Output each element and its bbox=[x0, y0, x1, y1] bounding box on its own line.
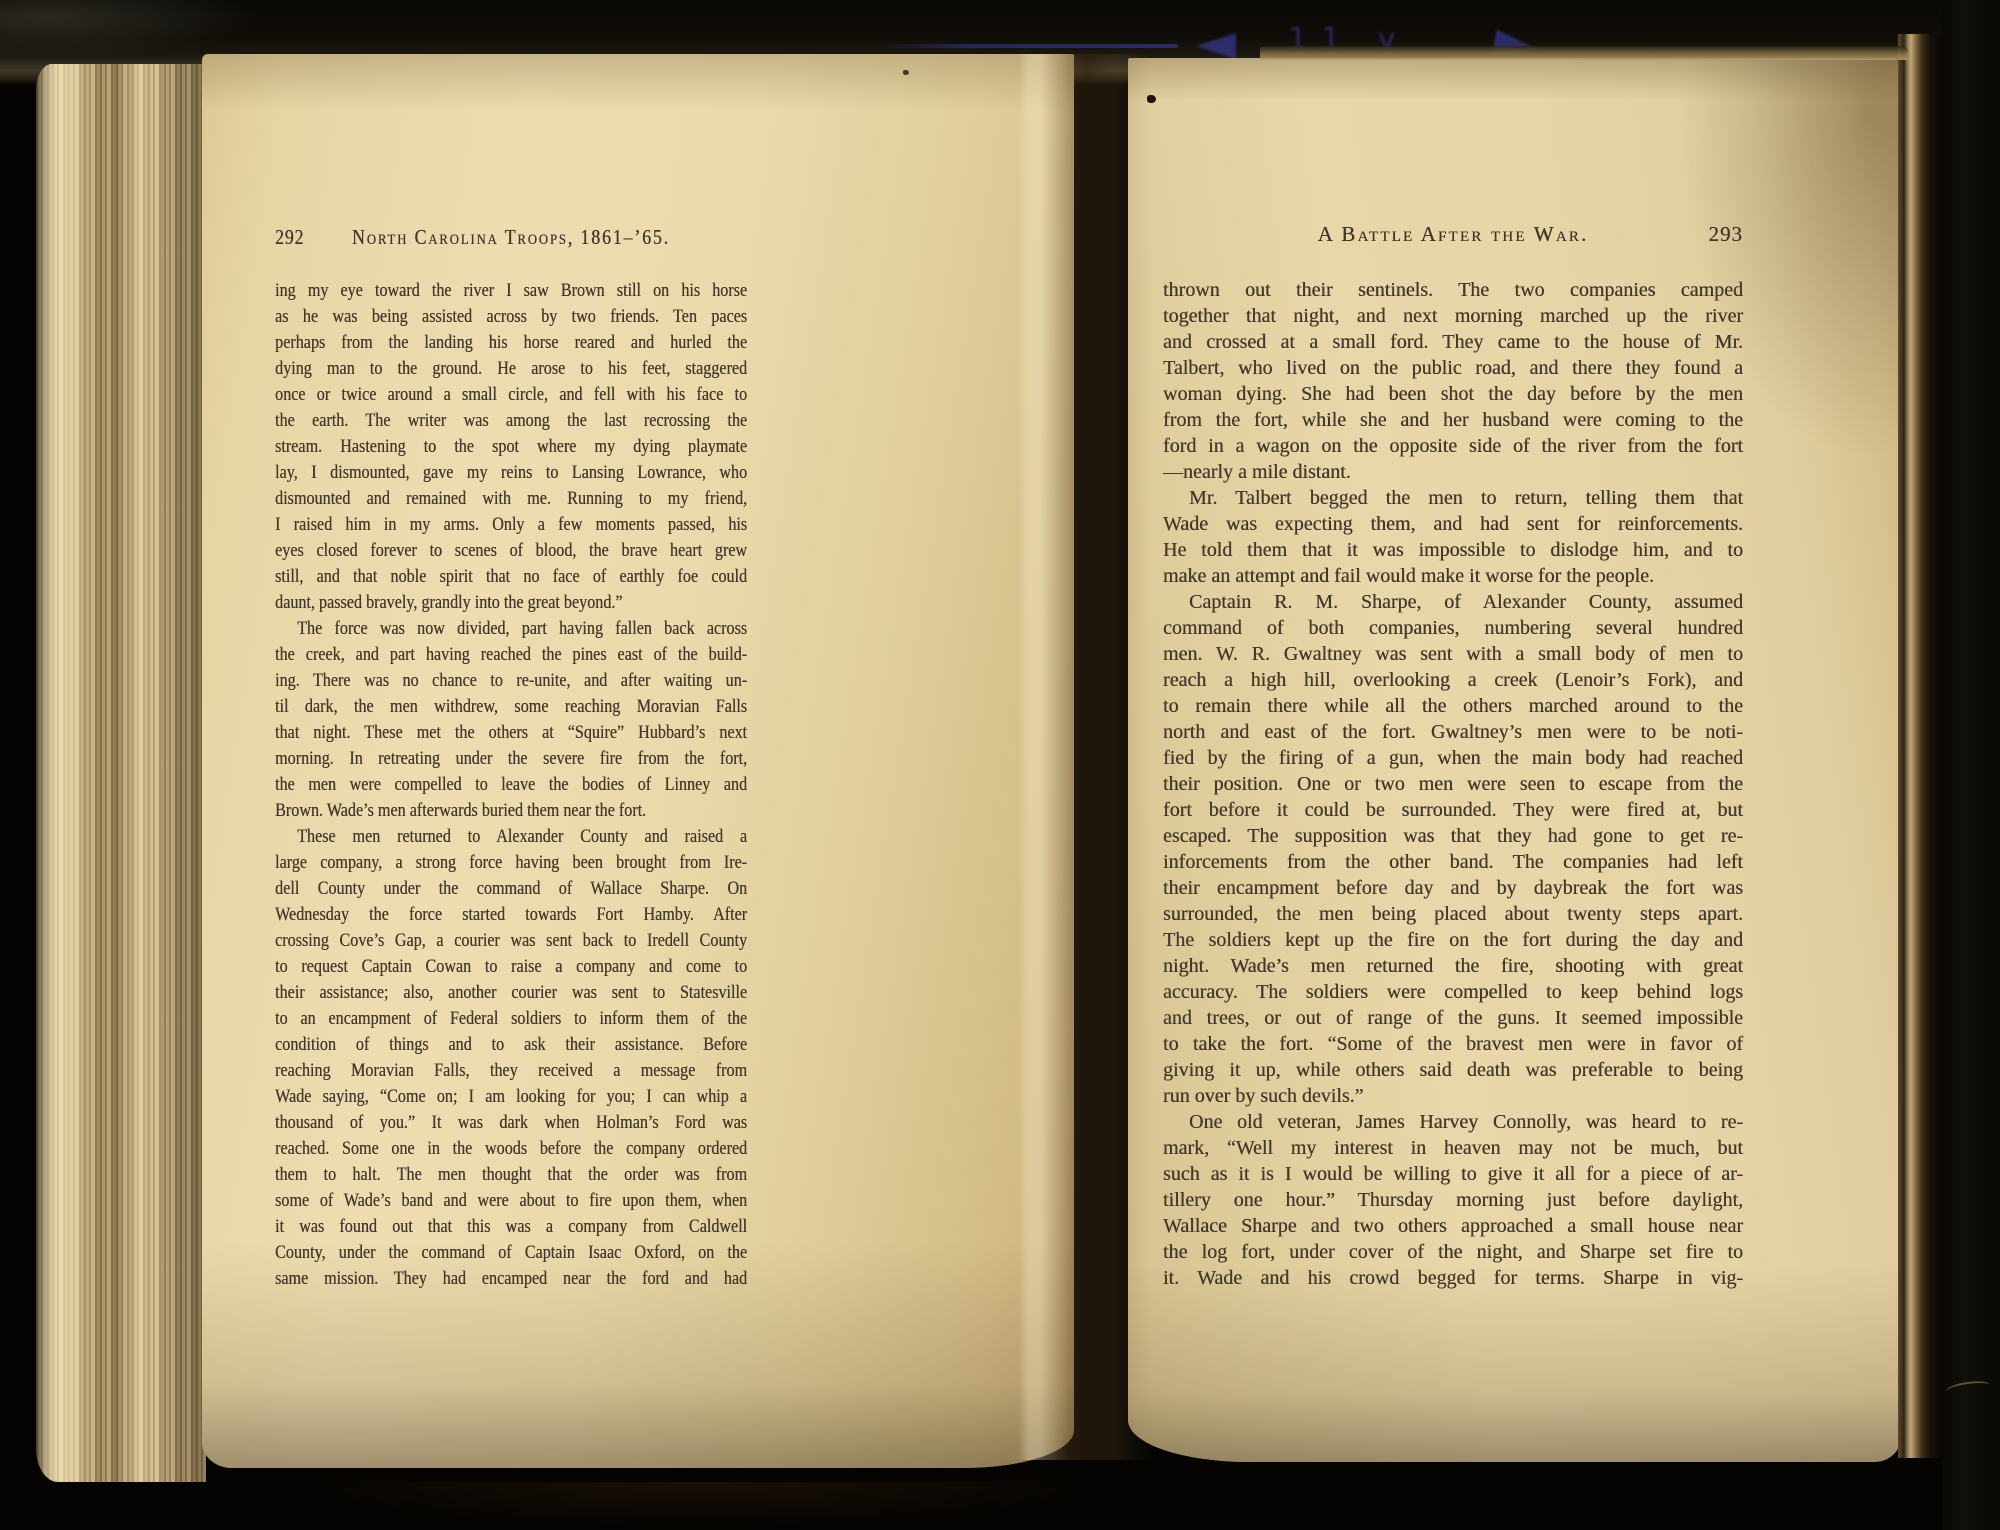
text-line: them to halt. The men thought that the o… bbox=[275, 1162, 747, 1188]
text-line: dismounted and remained with me. Running… bbox=[275, 486, 747, 512]
text-line: some of Wade’s band and were about to fi… bbox=[275, 1188, 747, 1214]
text-line: Brown. Wade’s men afterwards buried them… bbox=[275, 798, 747, 824]
text-line: make an attempt and fail would make it w… bbox=[1163, 563, 1743, 589]
text-line: Wallace Sharpe and two others approached… bbox=[1163, 1213, 1743, 1239]
handwritten-left-arrow-icon bbox=[1196, 33, 1236, 59]
text-line: the men were compelled to leave the bodi… bbox=[275, 772, 747, 798]
text-line: ford in a wagon on the opposite side of … bbox=[1163, 433, 1743, 459]
text-line: their encampment before day and by daybr… bbox=[1163, 875, 1743, 901]
text-line: Talbert, who lived on the public road, a… bbox=[1163, 355, 1743, 381]
book-cover-corner bbox=[0, 0, 260, 60]
text-line: as he was being assisted across by two f… bbox=[275, 304, 747, 330]
text-line: Wednesday the force started towards Fort… bbox=[275, 902, 747, 928]
text-line: the creek, and part having reached the p… bbox=[275, 642, 747, 668]
text-line: eyes closed forever to scenes of blood, … bbox=[275, 538, 747, 564]
right-page-body-text: thrown out their sentinels. The two comp… bbox=[1163, 277, 1743, 1291]
text-line: reached. Some one in the woods before th… bbox=[275, 1136, 747, 1162]
text-line: it was found out that this was a company… bbox=[275, 1214, 747, 1240]
text-line: surrounded, the men being placed about t… bbox=[1163, 901, 1743, 927]
text-line: I raised him in my arms. Only a few mome… bbox=[275, 512, 747, 538]
left-page-body-text: ing my eye toward the river I saw Brown … bbox=[275, 278, 747, 1292]
right-page-header: A Battle After the War. 293 bbox=[1163, 219, 1743, 249]
text-line: tillery one hour.” Thursday morning just… bbox=[1163, 1187, 1743, 1213]
closed-pages-right-edge bbox=[1898, 34, 1944, 1458]
text-line: it. Wade and his crowd begged for terms.… bbox=[1163, 1265, 1743, 1291]
book-gutter-shadow bbox=[1018, 54, 1152, 1460]
right-running-title: A Battle After the War. bbox=[1163, 219, 1743, 249]
text-line: County, under the command of Captain Isa… bbox=[275, 1240, 747, 1266]
text-line: lay, I dismounted, gave my reins to Lans… bbox=[275, 460, 747, 486]
text-line: —nearly a mile distant. bbox=[1163, 459, 1743, 485]
text-line: escaped. The supposition was that they h… bbox=[1163, 823, 1743, 849]
text-line: perhaps from the landing his horse reare… bbox=[275, 330, 747, 356]
text-line: morning. In retreating under the severe … bbox=[275, 746, 747, 772]
text-line: together that night, and next morning ma… bbox=[1163, 303, 1743, 329]
text-line: their assistance; also, another courier … bbox=[275, 980, 747, 1006]
text-line: to an encampment of Federal soldiers to … bbox=[275, 1006, 747, 1032]
text-line: condition of things and to ask their ass… bbox=[275, 1032, 747, 1058]
dust-speck bbox=[903, 70, 909, 75]
text-line: woman dying. She had been shot the day b… bbox=[1163, 381, 1743, 407]
text-line: to request Captain Cowan to raise a comp… bbox=[275, 954, 747, 980]
text-line: same mission. They had encamped near the… bbox=[275, 1266, 747, 1292]
text-line: daunt, passed bravely, grandly into the … bbox=[275, 590, 747, 616]
text-line: the earth. The writer was among the last… bbox=[275, 408, 747, 434]
text-line: from the fort, while she and her husband… bbox=[1163, 407, 1743, 433]
text-line: Captain R. M. Sharpe, of Alexander Count… bbox=[1163, 589, 1743, 615]
text-line: crossing Cove’s Gap, a courier was sent … bbox=[275, 928, 747, 954]
text-line: to remain there while all the others mar… bbox=[1163, 693, 1743, 719]
left-running-title: North Carolina Troops, 1861–’65. bbox=[275, 222, 747, 252]
text-line: thrown out their sentinels. The two comp… bbox=[1163, 277, 1743, 303]
handwritten-arrow-tail bbox=[878, 44, 1178, 48]
text-line: fort before it could be surrounded. They… bbox=[1163, 797, 1743, 823]
text-line: reaching Moravian Falls, they received a… bbox=[275, 1058, 747, 1084]
text-line: stream. Hastening to the spot where my d… bbox=[275, 434, 747, 460]
text-line: night. Wade’s men returned the fire, sho… bbox=[1163, 953, 1743, 979]
text-line: once or twice around a small circle, and… bbox=[275, 382, 747, 408]
dust-speck bbox=[1147, 95, 1156, 103]
text-line: and crossed at a small ford. They came t… bbox=[1163, 329, 1743, 355]
text-line: men. W. R. Gwaltney was sent with a smal… bbox=[1163, 641, 1743, 667]
bottom-shadow-glow bbox=[300, 1482, 1100, 1526]
text-line: dell County under the command of Wallace… bbox=[275, 876, 747, 902]
text-line: such as it is I would be willing to give… bbox=[1163, 1161, 1743, 1187]
page-stack-fore-edge bbox=[36, 64, 206, 1482]
text-line: large company, a strong force having bee… bbox=[275, 850, 747, 876]
left-page-header: 292 North Carolina Troops, 1861–’65. bbox=[275, 222, 747, 252]
text-line: The soldiers kept up the fire on the for… bbox=[1163, 927, 1743, 953]
text-line: The force was now divided, part having f… bbox=[275, 616, 747, 642]
text-line: to take the fort. “Some of the bravest m… bbox=[1163, 1031, 1743, 1057]
under-page-top-edge bbox=[1260, 46, 1908, 60]
text-line: and trees, or out of range of the guns. … bbox=[1163, 1005, 1743, 1031]
text-line: fied by the firing of a gun, when the ma… bbox=[1163, 745, 1743, 771]
text-line: command of both companies, numbering sev… bbox=[1163, 615, 1743, 641]
text-line: til dark, the men withdrew, some reachin… bbox=[275, 694, 747, 720]
text-line: He told them that it was impossible to d… bbox=[1163, 537, 1743, 563]
text-line: that night. These met the others at “Squ… bbox=[275, 720, 747, 746]
book-cover-right-edge bbox=[1942, 0, 2000, 1530]
left-page-number: 292 bbox=[275, 222, 304, 252]
text-line: Wade saying, “Come on; I am looking for … bbox=[275, 1084, 747, 1110]
text-line: accuracy. The soldiers were compelled to… bbox=[1163, 979, 1743, 1005]
text-line: ing my eye toward the river I saw Brown … bbox=[275, 278, 747, 304]
text-line: north and east of the fort. Gwaltney’s m… bbox=[1163, 719, 1743, 745]
text-line: Mr. Talbert begged the men to return, te… bbox=[1163, 485, 1743, 511]
text-line: thousand of you.” It was dark when Holma… bbox=[275, 1110, 747, 1136]
text-line: the log fort, under cover of the night, … bbox=[1163, 1239, 1743, 1265]
text-line: ing. There was no chance to re-unite, an… bbox=[275, 668, 747, 694]
open-book-photograph: 11 v 17 292 North Carolina Troops, 1861–… bbox=[0, 0, 2000, 1530]
text-line: Wade was expecting them, and had sent fo… bbox=[1163, 511, 1743, 537]
text-line: their position. One or two men were seen… bbox=[1163, 771, 1743, 797]
text-line: One old veteran, James Harvey Connolly, … bbox=[1163, 1109, 1743, 1135]
text-line: giving it up, while others said death wa… bbox=[1163, 1057, 1743, 1083]
text-line: run over by such devils.” bbox=[1163, 1083, 1743, 1109]
right-page-number: 293 bbox=[1709, 219, 1744, 249]
text-line: dying man to the ground. He arose to his… bbox=[275, 356, 747, 382]
text-line: mark, “Well my interest in heaven may no… bbox=[1163, 1135, 1743, 1161]
text-line: inforcements from the other band. The co… bbox=[1163, 849, 1743, 875]
text-line: reach a high hill, overlooking a creek (… bbox=[1163, 667, 1743, 693]
text-line: These men returned to Alexander County a… bbox=[275, 824, 747, 850]
text-line: still, and that noble spirit that no fac… bbox=[275, 564, 747, 590]
